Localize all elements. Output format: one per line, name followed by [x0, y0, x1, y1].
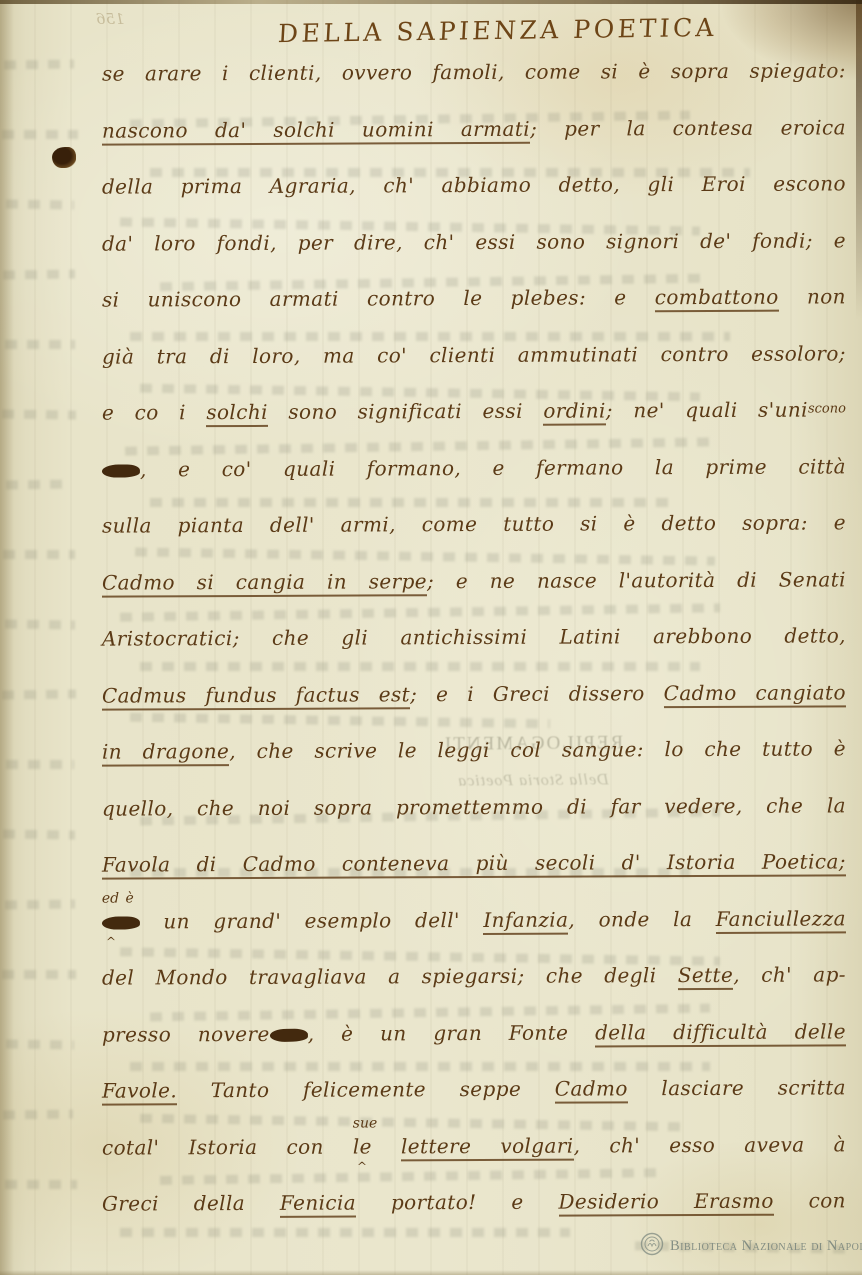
bleedthrough-page-number: 156: [96, 10, 125, 28]
underlined-text: Cadmo cangiato: [664, 680, 846, 708]
handwritten-text: già tra di loro, ma co' clienti ammutina…: [102, 341, 846, 368]
handwritten-text: , onde la: [568, 906, 715, 931]
handwritten-text: da' loro fondi, per dire, ch' essi sono …: [102, 228, 846, 255]
manuscript-line: Cadmo si cangia in serpe; e ne nasce l'a…: [102, 567, 846, 627]
library-emblem-icon: [640, 1232, 664, 1260]
underlined-text: Fanciullezza: [716, 906, 846, 934]
page-top-edge: [0, 0, 862, 4]
handwritten-text: le: [353, 1134, 372, 1158]
page-title: DELLA SAPIENZA POETICA: [277, 13, 718, 48]
handwritten-text: ; e i Greci dissero: [410, 681, 664, 706]
interlinear-insertion: sue: [353, 1115, 378, 1131]
crossed-out-word: [102, 464, 140, 477]
handwritten-text: Greci della: [102, 1191, 280, 1216]
manuscript-line: , e co' quali formano, e fermano la prim…: [102, 454, 846, 514]
handwritten-text: sulla pianta dell' armi, come tutto si è…: [102, 510, 846, 537]
underlined-text: nascono da' solchi uomini armati: [102, 116, 530, 145]
manuscript-line: quello, che noi sopra promettemmo di far…: [102, 793, 846, 853]
insertion-target: lesue^: [353, 1134, 372, 1158]
interlinear-insertion: ed è: [102, 890, 134, 906]
underlined-text: della difficultà delle: [595, 1019, 846, 1047]
underlined-text: Fenicia: [280, 1191, 356, 1218]
handwritten-text: Aristocratici; che gli antichissimi Lati…: [102, 623, 846, 650]
crossed-out-word: [270, 1028, 308, 1041]
manuscript-line: della prima Agraria, ch' abbiamo detto, …: [102, 171, 846, 231]
underlined-text: Desiderio Erasmo: [558, 1189, 773, 1217]
underlined-text: Favole.: [102, 1078, 177, 1105]
underlined-text: in dragone: [102, 739, 229, 767]
underlined-text: Infanzia: [483, 907, 568, 934]
handwritten-text: , ch' ap-: [733, 962, 846, 986]
underlined-text: Favola di Cadmo conteneva più secoli d' …: [102, 849, 846, 879]
underlined-text: Sette: [678, 963, 734, 990]
caret-icon: ^: [357, 1159, 368, 1173]
manuscript-line: Favola di Cadmo conteneva più secoli d' …: [102, 849, 846, 909]
handwritten-text: quello, che noi sopra promettemmo di far…: [102, 793, 846, 820]
manuscript-line: nascono da' solchi uomini armati; per la…: [102, 115, 846, 175]
underlined-text: solchi: [206, 400, 268, 427]
manuscript-line: si uniscono armati contro le plebes: e c…: [102, 284, 846, 344]
underlined-text: Cadmus fundus factus est: [102, 682, 410, 710]
handwritten-text: sono significati essi: [268, 399, 544, 424]
handwritten-text: Tanto felicemente seppe: [177, 1077, 555, 1103]
page-top-right-corner: [722, 0, 862, 80]
handwritten-text: scono: [808, 401, 846, 416]
manuscript-line: del Mondo travagliava a spiegarsi; che d…: [102, 962, 846, 1022]
handwritten-text: ; e ne nasce l'autorità di Senati: [427, 567, 846, 593]
handwritten-text: portato! e: [356, 1190, 558, 1215]
handwritten-text: e co i: [102, 400, 206, 424]
manuscript-line: e co i solchi sono significati essi ordi…: [102, 397, 846, 457]
manuscript-line: già tra di loro, ma co' clienti ammutina…: [102, 341, 846, 401]
handwritten-text: presso novere: [102, 1021, 270, 1046]
page-bottom-edge: [0, 1270, 862, 1275]
manuscript-line: Cadmus fundus factus est; e i Greci diss…: [102, 680, 846, 740]
crossed-out-word: [102, 916, 140, 929]
handwritten-text: ; ne' quali s'uni: [606, 398, 808, 423]
manuscript-line: in dragone, che scrive le leggi col sang…: [102, 736, 846, 796]
handwritten-text: si uniscono armati contro le plebes: e: [102, 285, 655, 311]
manuscript-line: Aristocratici; che gli antichissimi Lati…: [102, 623, 846, 683]
manuscript-body: se arare i clienti, ovvero famoli, come …: [102, 60, 846, 1247]
page-left-edge: [0, 0, 14, 1275]
handwritten-text: , ch' esso aveva à: [574, 1132, 846, 1157]
manuscript-line: presso novere, è un gran Fonte della dif…: [102, 1019, 846, 1079]
library-stamp-label: Biblioteca Nazionale di Napoli: [670, 1238, 862, 1255]
handwritten-text: , e co' quali formano, e fermano la prim…: [140, 454, 846, 481]
manuscript-line: sulla pianta dell' armi, come tutto si è…: [102, 510, 846, 570]
handwritten-text: con: [774, 1188, 846, 1212]
handwritten-text: [372, 1134, 401, 1158]
caret-icon: ^: [106, 934, 117, 948]
underlined-text: Cadmo si cangia in serpe: [102, 569, 427, 597]
handwritten-text: del Mondo travagliava a spiegarsi; che d…: [102, 963, 678, 990]
handwritten-text: un grand' esemplo dell': [140, 907, 484, 932]
handwritten-text: , che scrive le leggi col sangue: lo che…: [229, 736, 846, 763]
underlined-text: lettere volgari: [401, 1133, 574, 1161]
manuscript-line: Favole. Tanto felicemente seppe Cadmo la…: [102, 1075, 846, 1135]
handwritten-text: della prima Agraria, ch' abbiamo detto, …: [102, 171, 846, 198]
handwritten-text: cotal' Istoria con: [102, 1134, 353, 1159]
underlined-text: combattono: [655, 285, 779, 313]
handwritten-text: , è un gran Fonte: [308, 1020, 596, 1045]
handwritten-text: lasciare scritta: [628, 1075, 846, 1100]
manuscript-line: cotal' Istoria con lesue^ lettere volgar…: [102, 1132, 846, 1192]
handwritten-text: ; per la contesa eroica: [530, 115, 846, 140]
underlined-text: ordini: [543, 398, 606, 425]
insertion-target: ed è^: [102, 909, 140, 933]
handwritten-text: non: [779, 284, 846, 308]
ink-blot: [52, 147, 76, 168]
library-stamp: Biblioteca Nazionale di Napoli: [640, 1232, 862, 1260]
manuscript-line: da' loro fondi, per dire, ch' essi sono …: [102, 228, 846, 288]
manuscript-line: ed è^ un grand' esemplo dell' Infanzia, …: [102, 906, 846, 966]
underlined-text: Cadmo: [555, 1076, 628, 1103]
